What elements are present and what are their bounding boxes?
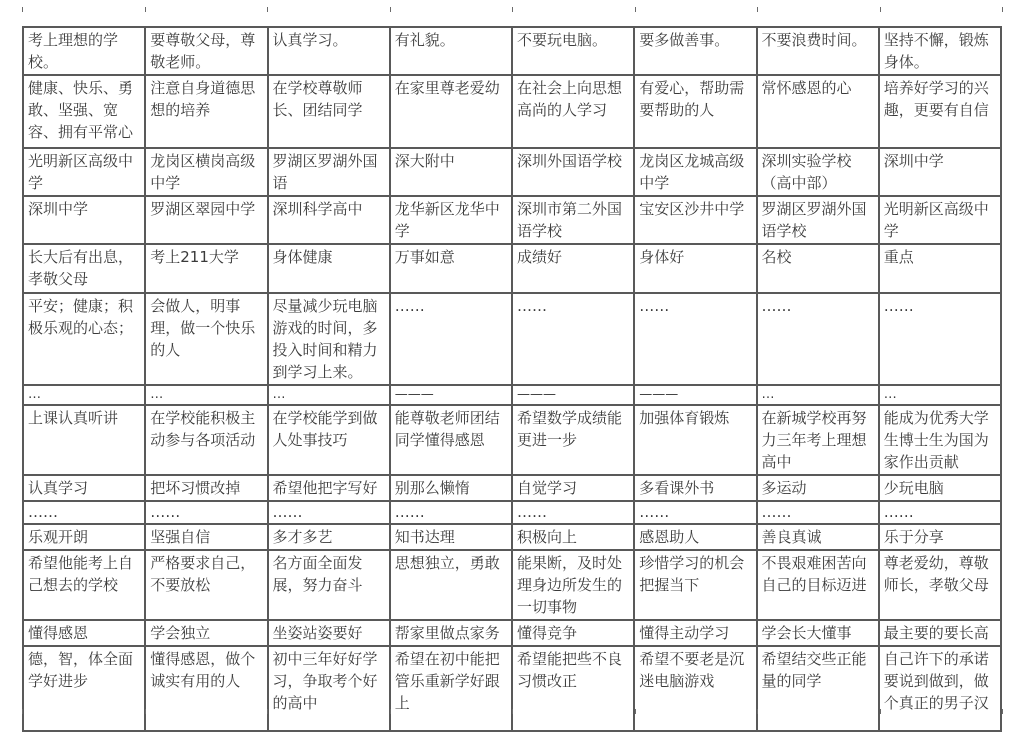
table-row: 懂得感恩学会独立坐姿站姿要好帮家里做点家务懂得竞争懂得主动学习学会长大懂事最主要…: [23, 620, 1001, 646]
table-gridline-mark: [635, 709, 636, 714]
table-cell: 坚持不懈，锻炼身体。: [879, 27, 1001, 75]
table-cell: 上课认真听讲: [23, 405, 145, 475]
table-cell: ……: [634, 293, 756, 385]
table-gridline-mark: [390, 7, 391, 12]
table-cell: …: [757, 385, 879, 405]
table-cell: 不畏艰难困苦向自己的目标迈进: [757, 550, 879, 620]
table-cell: 考上211大学: [145, 244, 267, 293]
table-cell: 尊老爱幼，尊敬师长，孝敬父母: [879, 550, 1001, 620]
table-cell: 希望结交些正能量的同学: [757, 646, 879, 731]
table-cell: 龙岗区龙城高级中学: [634, 148, 756, 196]
table-cell: 乐观开朗: [23, 524, 145, 550]
table-cell: 多运动: [757, 475, 879, 501]
table-cell: 龙岗区横岗高级中学: [145, 148, 267, 196]
table-cell: 最主要的要长高: [879, 620, 1001, 646]
table-row: …………………………………………: [23, 501, 1001, 524]
table-gridline-mark: [22, 7, 23, 12]
table-cell: 德，智，体全面学好进步: [23, 646, 145, 731]
table-cell: 学会长大懂事: [757, 620, 879, 646]
table-cell: 龙华新区龙华中学: [390, 196, 512, 244]
table-body: 考上理想的学校。要尊敬父母，尊敬老师。认真学习。有礼貌。不要玩电脑。要多做善事。…: [23, 27, 1001, 731]
table-row: 乐观开朗坚强自信多才多艺知书达理积极向上感恩助人善良真诚乐于分享: [23, 524, 1001, 550]
table-cell: 深圳市第二外国语学校: [512, 196, 634, 244]
table-cell: 名校: [757, 244, 879, 293]
table-cell: ……: [634, 501, 756, 524]
table-cell: …: [145, 385, 267, 405]
table-cell: 考上理想的学校。: [23, 27, 145, 75]
table-cell: 自觉学习: [512, 475, 634, 501]
table-cell: 尽量减少玩电脑游戏的时间，多投入时间和精力到学习上来。: [268, 293, 390, 385]
table-cell: …: [23, 385, 145, 405]
table-cell: ……: [879, 293, 1001, 385]
table-row: 长大后有出息，孝敬父母考上211大学身体健康万事如意成绩好身体好名校重点: [23, 244, 1001, 293]
table-cell: 希望不要老是沉迷电脑游戏: [634, 646, 756, 731]
table-cell: 懂得竞争: [512, 620, 634, 646]
table-cell: 坚强自信: [145, 524, 267, 550]
table-cell: ……: [390, 293, 512, 385]
table-cell: ……: [268, 501, 390, 524]
table-cell: 在社会上向思想高尚的人学习: [512, 75, 634, 148]
table-row: 认真学习把坏习惯改掉希望他把字写好别那么懒惰自觉学习多看课外书多运动少玩电脑: [23, 475, 1001, 501]
table-cell: 有礼貌。: [390, 27, 512, 75]
table-cell: 少玩电脑: [879, 475, 1001, 501]
table-cell: 严格要求自己，不要放松: [145, 550, 267, 620]
table-gridline-mark: [635, 7, 636, 12]
table-cell: 长大后有出息，孝敬父母: [23, 244, 145, 293]
table-cell: 初中三年好好学习，争取考个好的高中: [268, 646, 390, 731]
table-cell: 希望他能考上自己想去的学校: [23, 550, 145, 620]
table-cell: 重点: [879, 244, 1001, 293]
table-cell: 希望他把字写好: [268, 475, 390, 501]
table-cell: 能尊敬老师团结同学懂得感恩: [390, 405, 512, 475]
table-cell: 在学校能学到做人处事技巧: [268, 405, 390, 475]
table-cell: 身体好: [634, 244, 756, 293]
table-cell: 能果断，及时处理身边所发生的一切事物: [512, 550, 634, 620]
table-cell: 懂得感恩，做个诚实有用的人: [145, 646, 267, 731]
table-cell: 罗湖区罗湖外国语: [268, 148, 390, 196]
table-cell: 深圳科学高中: [268, 196, 390, 244]
table-cell: 希望能把些不良习惯改正: [512, 646, 634, 731]
table-cell: 要尊敬父母，尊敬老师。: [145, 27, 267, 75]
table-cell: 会做人，明事理，做一个快乐的人: [145, 293, 267, 385]
table-cell: 名方面全面发展，努力奋斗: [268, 550, 390, 620]
table-cell: 注意自身道德思想的培养: [145, 75, 267, 148]
table-cell: ……: [757, 293, 879, 385]
table-cell: 思想独立，勇敢: [390, 550, 512, 620]
table-row: 平安；健康；积极乐观的心态；会做人，明事理，做一个快乐的人尽量减少玩电脑游戏的时…: [23, 293, 1001, 385]
table-cell: 把坏习惯改掉: [145, 475, 267, 501]
table-cell: 乐于分享: [879, 524, 1001, 550]
table-gridline-mark: [1002, 7, 1003, 12]
table-cell: ……: [757, 501, 879, 524]
table-cell: 平安；健康；积极乐观的心态；: [23, 293, 145, 385]
table-cell: 在学校尊敬师长、团结同学: [268, 75, 390, 148]
table-cell: 不要玩电脑。: [512, 27, 634, 75]
table-cell: ———: [390, 385, 512, 405]
table-gridline-mark: [512, 709, 513, 714]
table-cell: …: [268, 385, 390, 405]
table-cell: 宝安区沙井中学: [634, 196, 756, 244]
table-gridline-mark: [267, 709, 268, 714]
table-cell: 能成为优秀大学生博士生为国为家作出贡献: [879, 405, 1001, 475]
table-cell: 深大附中: [390, 148, 512, 196]
table-cell: …: [879, 385, 1001, 405]
table-cell: 身体健康: [268, 244, 390, 293]
table-cell: 不要浪费时间。: [757, 27, 879, 75]
table-gridline-mark: [1002, 709, 1003, 714]
table-cell: 认真学习。: [268, 27, 390, 75]
table-cell: 罗湖区翠园中学: [145, 196, 267, 244]
table-cell: 多看课外书: [634, 475, 756, 501]
table-cell: 成绩好: [512, 244, 634, 293]
table-cell: 常怀感恩的心: [757, 75, 879, 148]
table-cell: 懂得感恩: [23, 620, 145, 646]
table-cell: 在家里尊老爱幼: [390, 75, 512, 148]
table-gridline-mark: [512, 7, 513, 12]
table-gridline-mark: [880, 709, 881, 714]
table-cell: 知书达理: [390, 524, 512, 550]
table-row: 健康、快乐、勇敢、坚强、宽容、拥有平常心注意自身道德思想的培养在学校尊敬师长、团…: [23, 75, 1001, 148]
table-gridline-mark: [145, 7, 146, 12]
table-cell: 深圳外国语学校: [512, 148, 634, 196]
table-cell: 自己许下的承诺要说到做到，做个真正的男子汉: [879, 646, 1001, 731]
table-cell: 帮家里做点家务: [390, 620, 512, 646]
table-row: 考上理想的学校。要尊敬父母，尊敬老师。认真学习。有礼貌。不要玩电脑。要多做善事。…: [23, 27, 1001, 75]
table-cell: ……: [879, 501, 1001, 524]
table-cell: 认真学习: [23, 475, 145, 501]
table-cell: 光明新区高级中学: [23, 148, 145, 196]
table-cell: 积极向上: [512, 524, 634, 550]
table-row: 深圳中学罗湖区翠园中学深圳科学高中龙华新区龙华中学深圳市第二外国语学校宝安区沙井…: [23, 196, 1001, 244]
data-table: 考上理想的学校。要尊敬父母，尊敬老师。认真学习。有礼貌。不要玩电脑。要多做善事。…: [22, 26, 1002, 732]
table-row: 希望他能考上自己想去的学校严格要求自己，不要放松名方面全面发展，努力奋斗思想独立…: [23, 550, 1001, 620]
table-row: ………—————————……: [23, 385, 1001, 405]
document-page: 考上理想的学校。要尊敬父母，尊敬老师。认真学习。有礼貌。不要玩电脑。要多做善事。…: [0, 0, 1024, 736]
table-cell: 万事如意: [390, 244, 512, 293]
table-cell: 希望数学成绩能更进一步: [512, 405, 634, 475]
table-cell: 要多做善事。: [634, 27, 756, 75]
table-cell: 坐姿站姿要好: [268, 620, 390, 646]
table-cell: 深圳中学: [23, 196, 145, 244]
table-cell: 罗湖区罗湖外国语学校: [757, 196, 879, 244]
table-cell: 善良真诚: [757, 524, 879, 550]
table-gridline-mark: [390, 709, 391, 714]
table-gridline-mark: [267, 7, 268, 12]
table-row: 上课认真听讲在学校能积极主动参与各项活动在学校能学到做人处事技巧能尊敬老师团结同…: [23, 405, 1001, 475]
table-cell: 学会独立: [145, 620, 267, 646]
table-gridline-mark: [880, 7, 881, 12]
table-cell: ———: [634, 385, 756, 405]
table-cell: ……: [512, 293, 634, 385]
table-cell: 懂得主动学习: [634, 620, 756, 646]
table-cell: 在新城学校再努力三年考上理想高中: [757, 405, 879, 475]
table-row: 光明新区高级中学龙岗区横岗高级中学罗湖区罗湖外国语深大附中深圳外国语学校龙岗区龙…: [23, 148, 1001, 196]
table-cell: 深圳实验学校（高中部）: [757, 148, 879, 196]
table-cell: 感恩助人: [634, 524, 756, 550]
table-cell: ……: [512, 501, 634, 524]
table-cell: ……: [23, 501, 145, 524]
table-gridline-mark: [757, 709, 758, 714]
table-cell: 别那么懒惰: [390, 475, 512, 501]
table-cell: ……: [145, 501, 267, 524]
table-cell: 多才多艺: [268, 524, 390, 550]
table-cell: 深圳中学: [879, 148, 1001, 196]
table-cell: 在学校能积极主动参与各项活动: [145, 405, 267, 475]
table-cell: 培养好学习的兴趣，更要有自信: [879, 75, 1001, 148]
table-gridline-mark: [757, 7, 758, 12]
table-cell: 有爱心，帮助需要帮助的人: [634, 75, 756, 148]
table-cell: 健康、快乐、勇敢、坚强、宽容、拥有平常心: [23, 75, 145, 148]
table-cell: 光明新区高级中学: [879, 196, 1001, 244]
table-cell: ———: [512, 385, 634, 405]
table-gridline-mark: [145, 709, 146, 714]
table-cell: 加强体育锻炼: [634, 405, 756, 475]
table-gridline-mark: [22, 709, 23, 714]
table-cell: 希望在初中能把管乐重新学好跟上: [390, 646, 512, 731]
table-cell: ……: [390, 501, 512, 524]
table-cell: 珍惜学习的机会把握当下: [634, 550, 756, 620]
table-row: 德，智，体全面学好进步懂得感恩，做个诚实有用的人初中三年好好学习，争取考个好的高…: [23, 646, 1001, 731]
